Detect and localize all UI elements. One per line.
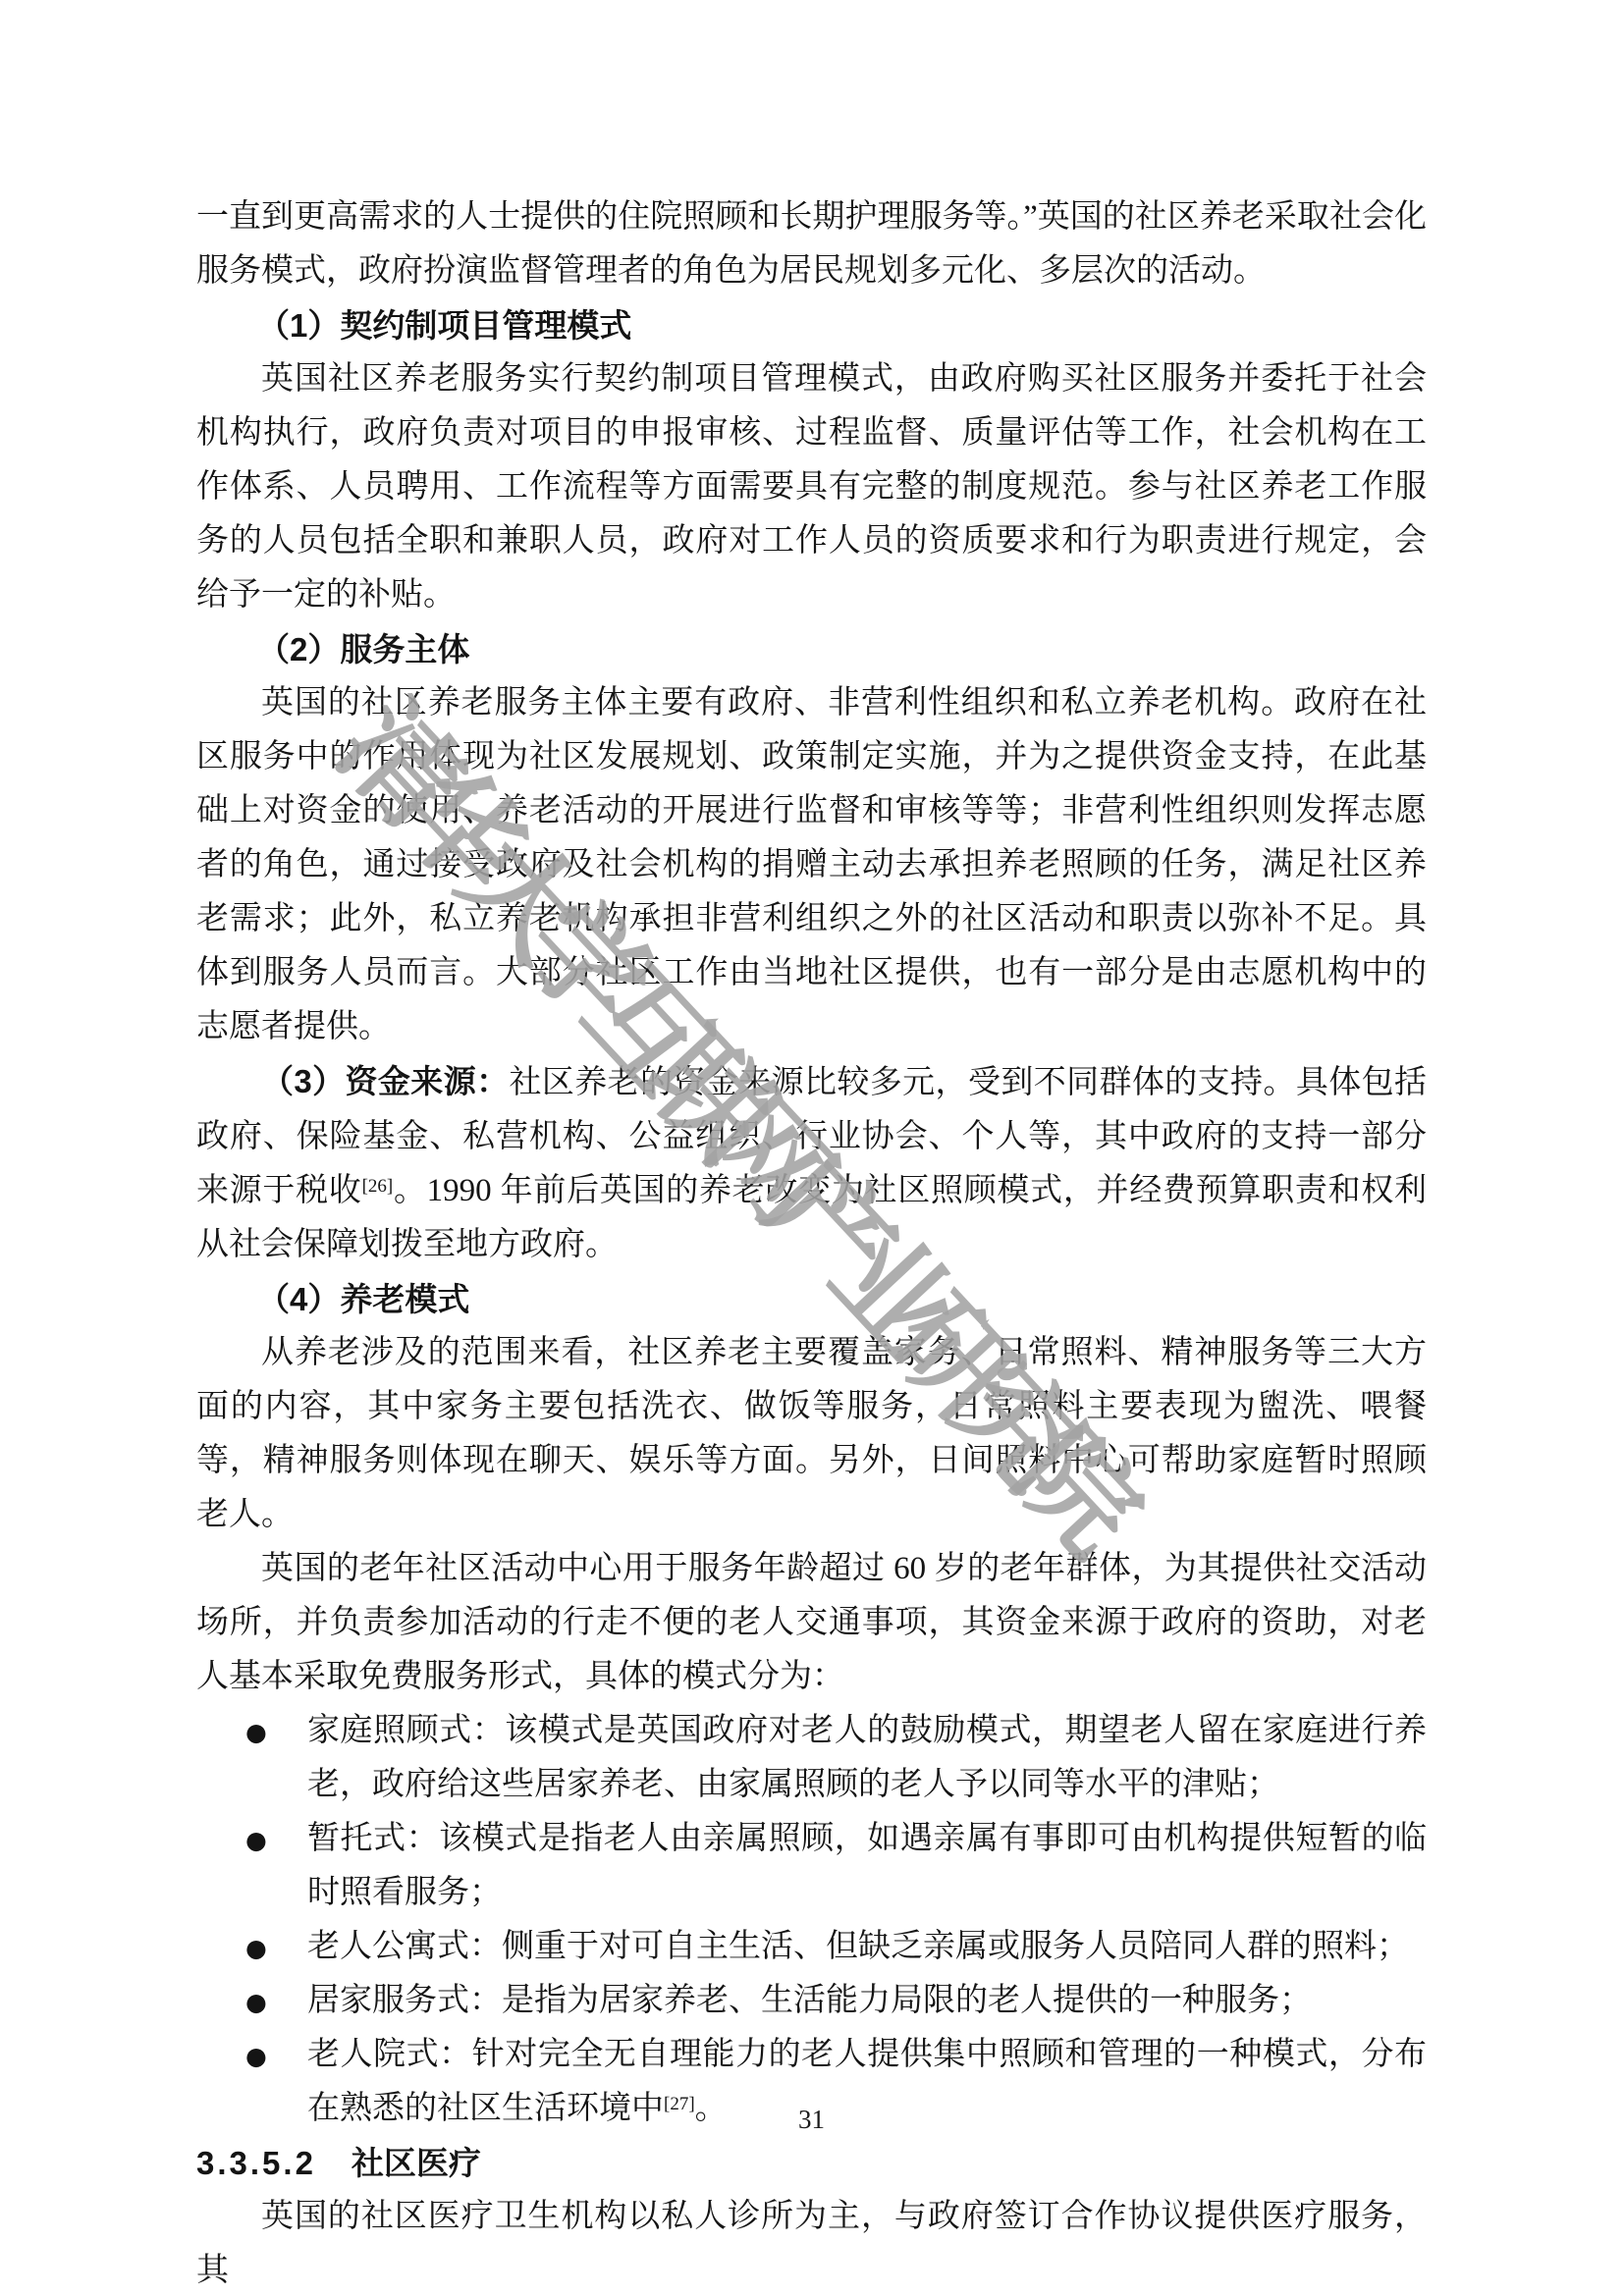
section-number: 3.3.5.2: [196, 2145, 316, 2181]
bullet-icon: ●: [245, 1705, 267, 1759]
list-item-respite: ●暂托式：该模式是指老人由亲属照顾，如遇亲属有事即可由机构提供短暂的临时照看服务…: [196, 1812, 1427, 1920]
heading-service-providers: （2）服务主体: [196, 622, 1427, 676]
list-item-home-service: ●居家服务式：是指为居家养老、生活能力局限的老人提供的一种服务；: [196, 1974, 1427, 2028]
section-title: 社区医疗: [352, 2145, 481, 2181]
paragraph-funding-sources: （3）资金来源：社区养老的资金来源比较多元，受到不同群体的支持。具体包括政府、保…: [196, 1054, 1427, 1272]
bullet-icon: ●: [245, 2029, 267, 2083]
list-item-text: 家庭照顾式：该模式是英国政府对老人的鼓励模式，期望老人留在家庭进行养老，政府给这…: [307, 1713, 1427, 1802]
paragraph-activity-centers: 英国的老年社区活动中心用于服务年龄超过 60 岁的老年群体，为其提供社交活动场所…: [196, 1542, 1427, 1704]
paragraph-contract-model: 英国社区养老服务实行契约制项目管理模式，由政府购买社区服务并委托于社会机构执行，…: [196, 352, 1427, 622]
paragraph-service-providers: 英国的社区养老服务主体主要有政府、非营利性组织和私立养老机构。政府在社区服务中的…: [196, 676, 1427, 1054]
list-item-text: 暂托式：该模式是指老人由亲属照顾，如遇亲属有事即可由机构提供短暂的临时照看服务；: [307, 1821, 1427, 1910]
page-number: 31: [0, 2105, 1623, 2135]
heading-contract-model: （1）契约制项目管理模式: [196, 298, 1427, 352]
heading-care-models: （4）养老模式: [196, 1272, 1427, 1326]
inline-heading-funding: （3）资金来源：: [261, 1063, 509, 1099]
list-item-text: 居家服务式：是指为居家养老、生活能力局限的老人提供的一种服务；: [307, 1983, 1312, 2018]
paragraph-care-scope: 从养老涉及的范围来看，社区养老主要覆盖家务、日常照料、精神服务等三大方面的内容，…: [196, 1326, 1427, 1542]
reference-26: [26]: [362, 1176, 394, 1197]
heading-community-medical: 3.3.5.2社区医疗: [196, 2136, 1427, 2190]
page-body: 一直到更高需求的人士提供的住院照顾和长期护理服务等。”英国的社区养老采取社会化服…: [196, 190, 1427, 2296]
bullet-icon: ●: [245, 1975, 267, 2029]
care-mode-list: ●家庭照顾式：该模式是英国政府对老人的鼓励模式，期望老人留在家庭进行养老，政府给…: [196, 1704, 1427, 2136]
list-item-home-care: ●家庭照顾式：该模式是英国政府对老人的鼓励模式，期望老人留在家庭进行养老，政府给…: [196, 1704, 1427, 1812]
paragraph-continuation: 一直到更高需求的人士提供的住院照顾和长期护理服务等。”英国的社区养老采取社会化服…: [196, 190, 1427, 298]
document-page: 清华大学互联网产业研究院 一直到更高需求的人士提供的住院照顾和长期护理服务等。”…: [0, 0, 1623, 2296]
paragraph-community-medical: 英国的社区医疗卫生机构以私人诊所为主，与政府签订合作协议提供医疗服务，其: [196, 2190, 1427, 2296]
list-item-text: 老人公寓式：侧重于对可自主生活、但缺乏亲属或服务人员陪同人群的照料；: [307, 1929, 1409, 1964]
list-item-apartment: ●老人公寓式：侧重于对可自主生活、但缺乏亲属或服务人员陪同人群的照料；: [196, 1920, 1427, 1974]
bullet-icon: ●: [245, 1921, 267, 1975]
bullet-icon: ●: [245, 1813, 267, 1867]
